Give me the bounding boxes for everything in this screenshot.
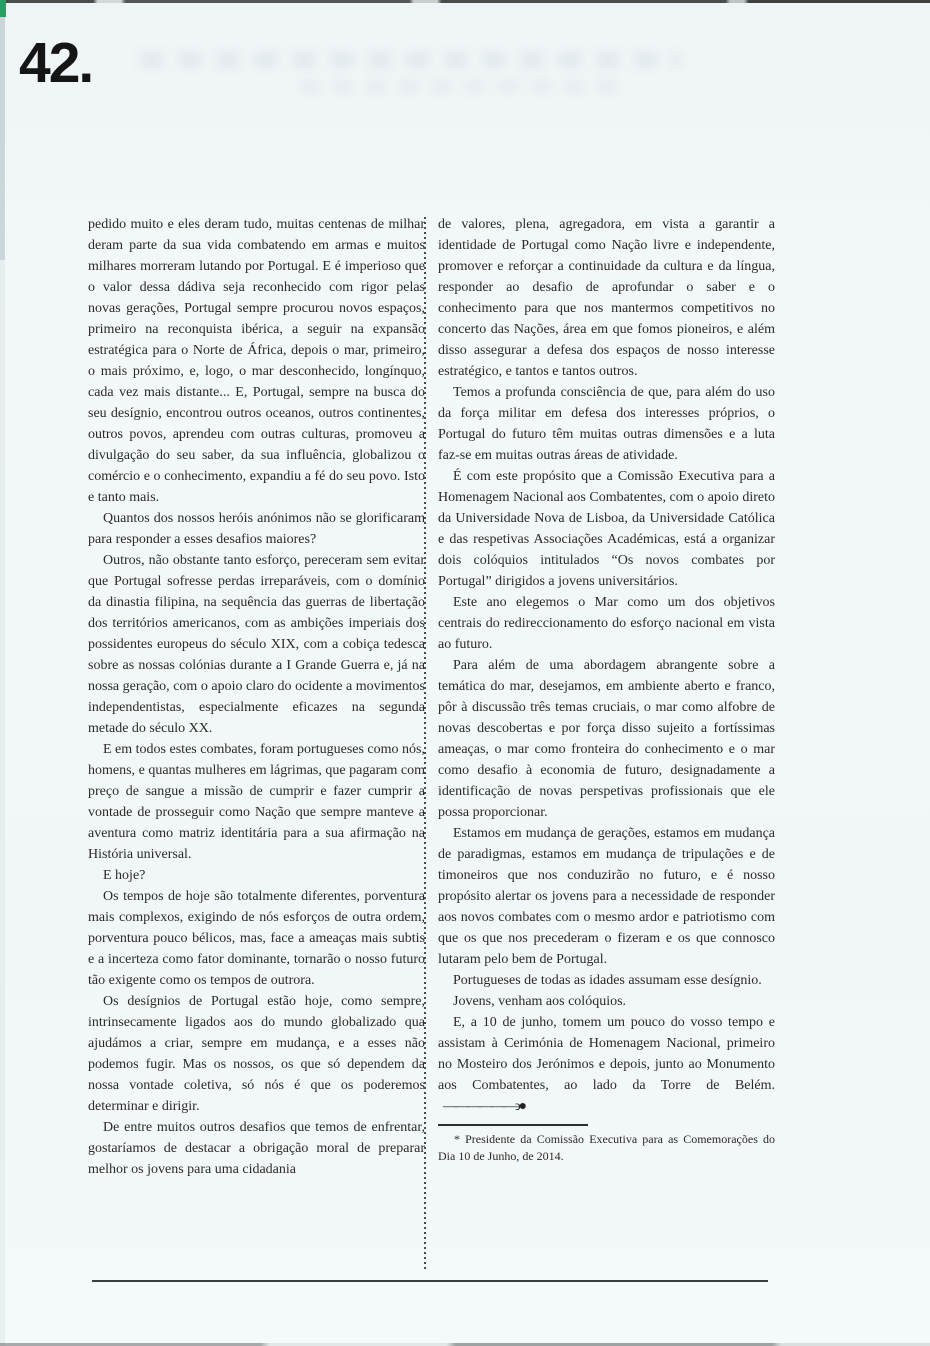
paragraph: pedido muito e eles deram tudo, muitas c… — [88, 214, 425, 508]
column-divider — [424, 217, 426, 1269]
right-column-paragraphs: de valores, plena, agregadora, em vista … — [438, 214, 775, 1117]
scanned-page: 42. pedido muito e eles deram tudo, muit… — [0, 0, 930, 1346]
scan-green-mark — [0, 0, 6, 17]
paragraph: Estamos em mudança de gerações, estamos … — [438, 823, 775, 970]
scan-left-edge — [0, 0, 5, 1346]
paragraph: De entre muitos outros desafios que temo… — [88, 1117, 425, 1180]
scan-bleedthrough — [140, 52, 680, 68]
paragraph: É com este propósito que a Comissão Exec… — [438, 466, 775, 592]
paragraph: de valores, plena, agregadora, em vista … — [438, 214, 775, 382]
paragraph: Quantos dos nossos heróis anónimos não s… — [88, 508, 425, 550]
paragraph: E hoje? — [88, 865, 425, 886]
scan-top-edge — [0, 0, 930, 3]
paragraph: Portugueses de todas as idades assumam e… — [438, 970, 775, 991]
scan-bleedthrough — [300, 80, 630, 93]
paragraph: Temos a profunda consciência de que, par… — [438, 382, 775, 466]
bottom-rule — [92, 1280, 768, 1282]
right-column: de valores, plena, agregadora, em vista … — [438, 214, 775, 1165]
left-column: pedido muito e eles deram tudo, muitas c… — [88, 214, 425, 1180]
end-of-article-ornament: ——————϶● — [438, 1099, 525, 1114]
footnote-rule — [438, 1124, 588, 1126]
paragraph: E em todos estes combates, foram portugu… — [88, 739, 425, 865]
paragraph: Para além de uma abordagem abrangente so… — [438, 655, 775, 823]
footnote-text: * Presidente da Comissão Executiva para … — [438, 1131, 775, 1165]
paragraph: Jovens, venham aos colóquios. — [438, 991, 775, 1012]
paragraph: Os tempos de hoje são totalmente diferen… — [88, 886, 425, 991]
paragraph: Outros, não obstante tanto esforço, pere… — [88, 550, 425, 739]
left-column-paragraphs: pedido muito e eles deram tudo, muitas c… — [88, 214, 425, 1180]
paragraph: Este ano elegemos o Mar como um dos obje… — [438, 592, 775, 655]
footnote: * Presidente da Comissão Executiva para … — [438, 1124, 775, 1165]
page-number: 42. — [19, 30, 92, 96]
paragraph: Os desígnios de Portugal estão hoje, com… — [88, 991, 425, 1117]
paragraph: E, a 10 de junho, tomem um pouco do voss… — [438, 1012, 775, 1117]
